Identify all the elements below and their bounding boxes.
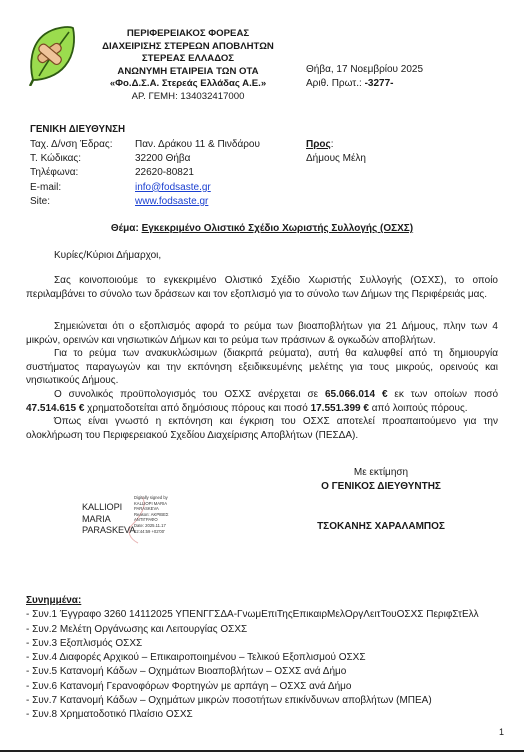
signer-title: Ο ΓΕΝΙΚΟΣ ΔΙΕΥΘΥΝΤΗΣ (286, 480, 476, 494)
contact-row-email: E-mail: info@fodsaste.gr (30, 181, 260, 195)
contact-label: Ταχ. Δ/νση Έδρας: (30, 138, 135, 152)
organization-header: ΠΕΡΙΦΕΡΕΙΑΚΟΣ ΦΟΡΕΑΣ ΔΙΑΧΕΙΡΙΣΗΣ ΣΤΕΡΕΩΝ… (88, 28, 288, 104)
signer-name: ΤΣΟΚΑΝΗΣ ΧΑΡΑΛΑΜΠΟΣ (286, 521, 476, 532)
contact-row-postcode: Τ. Κώδικας: 32200 Θήβα (30, 152, 260, 166)
paragraph-budget: Ο συνολικός προϋπολογισμός του ΟΣΧΣ ανέρ… (26, 388, 498, 415)
signature-details: Digitally signed by KALLIOPI MARIA PARAS… (134, 495, 190, 534)
greeting: Κυρίες/Κύριοι Δήμαρχοι, (54, 250, 161, 261)
contact-value: Παν. Δράκου 11 & Πινδάρου (135, 138, 260, 152)
attachment-item: - Συν.3 Εξοπλισμός ΟΣΧΣ (26, 637, 479, 651)
attachments-title: Συνημμένα: (26, 594, 479, 608)
attachment-item: - Συν.6 Κατανομή Γερανοφόρων Φορτηγών με… (26, 680, 479, 694)
org-line: ΠΕΡΙΦΕΡΕΙΑΚΟΣ ΦΟΡΕΑΣ (88, 28, 288, 41)
closing-block: Με εκτίμηση Ο ΓΕΝΙΚΟΣ ΔΙΕΥΘΥΝΤΗΣ (286, 466, 476, 494)
signer-line: MARIA (82, 514, 135, 526)
contact-value: 22620-80821 (135, 166, 194, 180)
paragraph-intro: Σας κοινοποιούμε το εγκεκριμένο Ολιστικό… (26, 274, 498, 301)
paragraph-pesda: Όπως είναι γνωστό η εκπόνηση και έγκριση… (26, 415, 498, 442)
attachment-item: - Συν.2 Μελέτη Οργάνωσης και Λειτουργίας… (26, 623, 479, 637)
paragraph-equipment: Σημειώνεται ότι ο εξοπλισμός αφορά το ρε… (26, 320, 498, 347)
signature-detail-line: 12:44:59 +02'00' (134, 529, 190, 535)
recipient-label-row: Προς: (306, 138, 366, 152)
contact-value: 32200 Θήβα (135, 152, 190, 166)
subject-line: Θέμα: Εγκεκριμένο Ολιστικό Σχέδιο Χωριστ… (0, 223, 524, 234)
document-page: ΠΕΡΙΦΕΡΕΙΑΚΟΣ ΦΟΡΕΑΣ ΔΙΑΧΕΙΡΙΣΗΣ ΣΤΕΡΕΩΝ… (0, 0, 524, 752)
contact-label: Site: (30, 195, 135, 209)
subject-text: Εγκεκριμένο Ολιστικό Σχέδιο Χωριστής Συλ… (142, 223, 414, 234)
org-line: ΔΙΑΧΕΙΡΙΣΗΣ ΣΤΕΡΕΩΝ ΑΠΟΒΛΗΤΩΝ (88, 41, 288, 54)
signature-signer-name: KALLIOPI MARIA PARASKEVA (82, 502, 135, 537)
digital-signature[interactable]: KALLIOPI MARIA PARASKEVA Digitally signe… (80, 495, 190, 545)
contact-label: Τ. Κώδικας: (30, 152, 135, 166)
budget-public: 47.514.615 € (26, 403, 84, 414)
protocol-number-row: Αριθ. Πρωτ.: -3277- (306, 77, 423, 91)
contact-label: E-mail: (30, 181, 135, 195)
attachment-item: - Συν.4 Διαφορές Αρχικού – Επικαιροποιημ… (26, 651, 479, 665)
date-protocol-block: Θήβα, 17 Νοεμβρίου 2025 Αριθ. Πρωτ.: -32… (306, 63, 423, 91)
budget-other: 17.551.399 € (311, 403, 369, 414)
budget-text: Ο συνολικός προϋπολογισμός του ΟΣΧΣ ανέρ… (54, 389, 325, 400)
department-title: ΓΕΝΙΚΗ ΔΙΕΥΘΥΝΣΗ (30, 124, 125, 135)
leaf-bandage-logo-icon (25, 24, 77, 86)
protocol-label: Αριθ. Πρωτ.: (306, 78, 365, 89)
website-link[interactable]: www.fodsaste.gr (135, 195, 208, 209)
contact-row-address: Ταχ. Δ/νση Έδρας: Παν. Δράκου 11 & Πινδά… (30, 138, 260, 152)
budget-text: εκ των οποίων ποσό (388, 389, 499, 400)
contact-label: Τηλέφωνα: (30, 166, 135, 180)
contact-row-site: Site: www.fodsaste.gr (30, 195, 260, 209)
budget-text: χρηματοδοτείται από δημόσιους πόρους και… (84, 403, 310, 414)
budget-text: από λοιπούς πόρους. (369, 403, 468, 414)
gemi-number: ΑΡ. ΓΕΜΗ: 134032417000 (88, 91, 288, 104)
attachment-item: - Συν.7 Κατανομή Κάδων – Οχημάτων μικρών… (26, 694, 479, 708)
subject-label: Θέμα: (111, 223, 142, 234)
closing-regards: Με εκτίμηση (286, 466, 476, 480)
signer-line: PARASKEVA (82, 525, 135, 537)
recipient-label: Προς (306, 139, 331, 150)
contact-details: Ταχ. Δ/νση Έδρας: Παν. Δράκου 11 & Πινδά… (30, 138, 260, 209)
place-date: Θήβα, 17 Νοεμβρίου 2025 (306, 63, 423, 77)
email-link[interactable]: info@fodsaste.gr (135, 181, 211, 195)
budget-total: 65.066.014 € (325, 389, 388, 400)
org-line: ΑΝΩΝΥΜΗ ΕΤΑΙΡΕΙΑ ΤΩΝ ΟΤΑ (88, 66, 288, 79)
recipient-value: Δήμους Μέλη (306, 152, 366, 166)
paragraph-recyclables: Για το ρεύμα των ανακυκλώσιμων (διακριτά… (26, 347, 498, 388)
signer-line: KALLIOPI (82, 502, 135, 514)
org-line: ΣΤΕΡΕΑΣ ΕΛΛΑΔΟΣ (88, 53, 288, 66)
attachment-item: - Συν.5 Κατανομή Κάδων – Οχημάτων Βιοαπο… (26, 665, 479, 679)
page-number: 1 (499, 727, 504, 737)
attachment-item: - Συν.1 Έγγραφο 3260 14112025 ΥΠΕΝΓΓΣΔΑ-… (26, 608, 479, 622)
protocol-number: -3277- (365, 78, 394, 89)
org-line: «Φο.Δ.Σ.Α. Στερεάς Ελλάδας Α.Ε.» (88, 78, 288, 91)
contact-row-phone: Τηλέφωνα: 22620-80821 (30, 166, 260, 180)
attachment-item: - Συν.8 Χρηματοδοτικό Πλαίσιο ΟΣΧΣ (26, 708, 479, 722)
recipient-colon: : (331, 139, 334, 150)
recipient-block: Προς: Δήμους Μέλη (306, 138, 366, 166)
attachments-list: Συνημμένα: - Συν.1 Έγγραφο 3260 14112025… (26, 594, 479, 723)
